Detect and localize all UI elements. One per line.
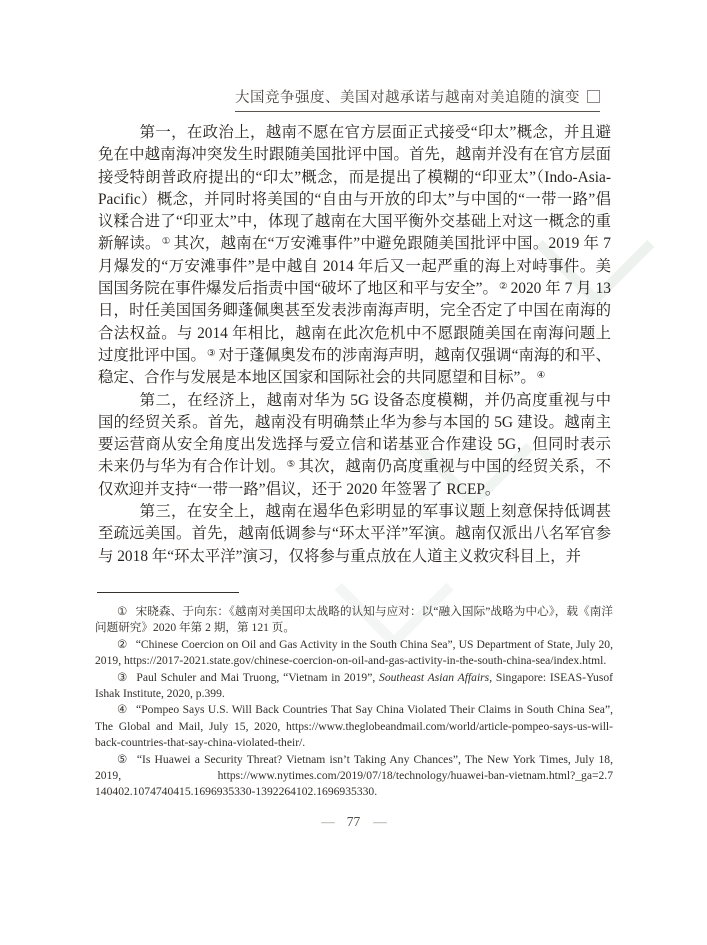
footer-right-dash: — (373, 814, 386, 829)
footnote-marker: ② (117, 638, 128, 651)
page-footer: —77— (0, 814, 707, 830)
text-run: “Is Huawei a Security Threat? Vietnam is… (95, 753, 613, 799)
text-run: “Pompeo Says U.S. Will Back Countries Th… (95, 703, 613, 749)
footnote-marker: ③ (117, 671, 128, 684)
text-run: Paul Schuler and Mai Truong, “Vietnam in… (136, 671, 379, 684)
footnote-item: ②“Chinese Coercion on Oil and Gas Activi… (95, 637, 613, 670)
page-number: 77 (347, 814, 361, 829)
footnote-ref: ③ (207, 349, 216, 359)
italic-text-run: Southeast Asian Affairs (379, 671, 489, 684)
text-run: 第三，在安全上，越南在遏华色彩明显的军事议题上刻意保持低调甚至疏远美国。首先，越… (98, 503, 611, 565)
text-run: 宋晓森、于向东：《越南对美国印太战略的认知与应对：以“融入国际”战略为中心》，载… (95, 605, 613, 634)
footnote-ref: ① (162, 237, 171, 247)
footnotes: ①宋晓森、于向东：《越南对美国印太战略的认知与应对：以“融入国际”战略为中心》，… (95, 604, 613, 801)
body-text: 第一，在政治上，越南不愿在官方层面正式接受“印太”概念，并且避免在中越南海冲突发… (98, 122, 611, 568)
footnote-ref: ② (499, 282, 508, 292)
footnote-ref: ⑤ (287, 460, 296, 470)
footnote-ref: ④ (537, 371, 546, 381)
document-page: 大国竞争强度、美国对越承诺与越南对美追随的演变 第一，在政治上，越南不愿在官方层… (0, 0, 707, 945)
footnote-item: ④“Pompeo Says U.S. Will Back Countries T… (95, 702, 613, 751)
body-paragraph: 第二，在经济上，越南对华为 5G 设备态度模糊，并仍高度重视与中国的经贸关系。首… (98, 390, 611, 501)
text-run: 第一，在政治上，越南不愿在官方层面正式接受“印太”概念，并且避免在中越南海冲突发… (98, 124, 611, 252)
footnote-item: ①宋晓森、于向东：《越南对美国印太战略的认知与应对：以“融入国际”战略为中心》，… (95, 604, 613, 637)
running-head-title: 大国竞争强度、美国对越承诺与越南对美追随的演变 (235, 86, 580, 107)
footer-left-dash: — (321, 814, 334, 829)
running-head: 大国竞争强度、美国对越承诺与越南对美追随的演变 (235, 86, 600, 112)
footnote-separator (97, 592, 239, 593)
body-paragraph: 第三，在安全上，越南在遏华色彩明显的军事议题上刻意保持低调甚至疏远美国。首先，越… (98, 501, 611, 568)
footnote-marker: ④ (117, 703, 128, 716)
text-run: “Chinese Coercion on Oil and Gas Activit… (95, 638, 613, 667)
body-paragraph: 第一，在政治上，越南不愿在官方层面正式接受“印太”概念，并且避免在中越南海冲突发… (98, 122, 611, 390)
footnote-item: ⑤“Is Huawei a Security Threat? Vietnam i… (95, 752, 613, 801)
footnote-marker: ⑤ (117, 753, 129, 766)
footnote-marker: ① (117, 605, 127, 618)
footnote-item: ③Paul Schuler and Mai Truong, “Vietnam i… (95, 670, 613, 703)
open-square-icon (587, 90, 600, 103)
